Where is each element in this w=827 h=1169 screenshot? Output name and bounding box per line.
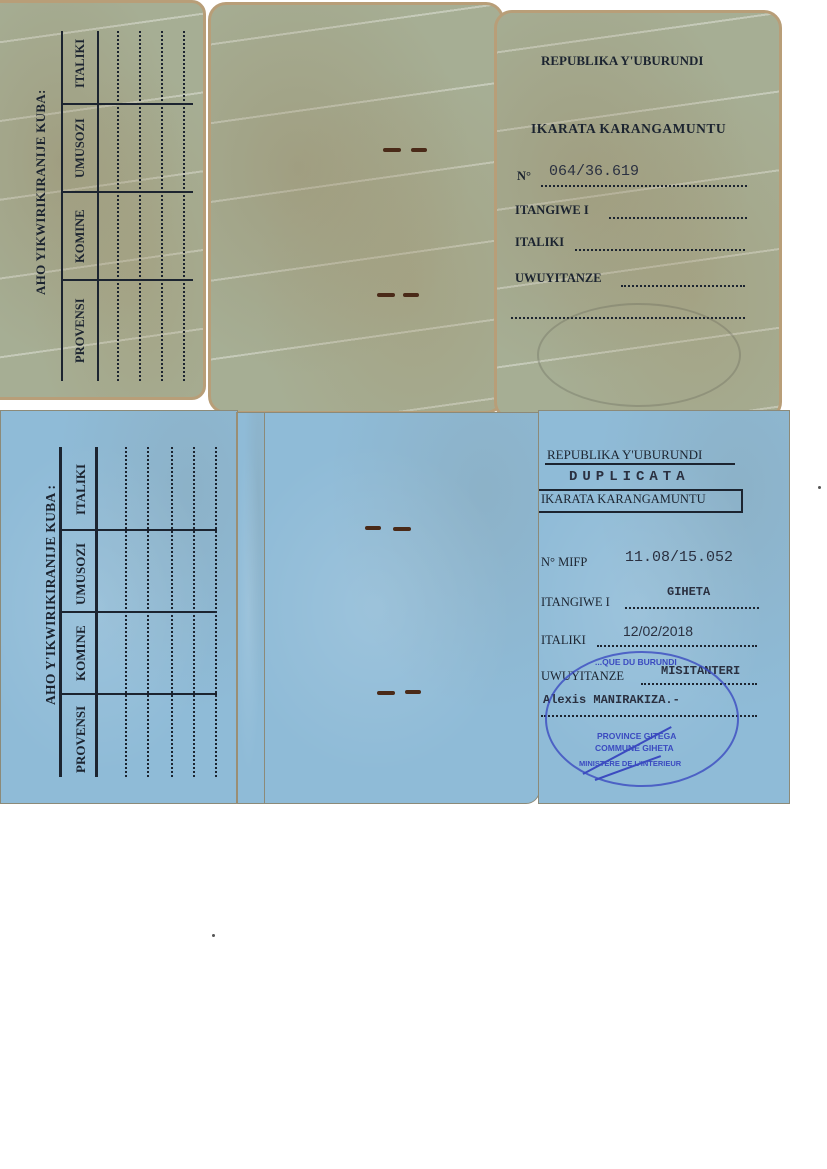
column-divider: [63, 191, 193, 193]
original-back-page: AHO YIKWIRIKIRANIJE KUBA: PROVENSI KOMIN…: [0, 0, 206, 400]
card-title: IKARATA KARANGAMUNTU: [541, 492, 706, 507]
dotted-row: [125, 447, 127, 777]
column-komine: KOMINE: [73, 210, 88, 263]
scan-speck: [818, 486, 821, 489]
card-number: 11.08/15.052: [625, 549, 733, 566]
republic-title: REPUBLIKA Y'UBURUNDI: [547, 447, 702, 463]
dotted-row: [147, 447, 149, 777]
original-inner-page: [208, 2, 504, 414]
issued-at-label: ITANGIWE I: [515, 203, 589, 218]
stamp-top-text: ...QUE DU BURUNDI: [595, 657, 677, 667]
staple: [377, 691, 395, 695]
dotted-row: [215, 447, 217, 777]
column-provensi: PROVENSI: [73, 706, 89, 773]
date-label: ITALIKI: [541, 633, 586, 648]
dotted-row: [193, 447, 195, 777]
issuer-label: UWUYITANZE: [515, 271, 602, 286]
column-italiki: ITALIKI: [73, 39, 88, 88]
scan-speck: [212, 934, 215, 937]
dotted-row: [161, 31, 163, 381]
duplicate-back-title: AHO Y'IKWIRIKIRANIJE KUBA :: [43, 485, 59, 705]
dotted-row: [183, 31, 185, 381]
card-title: IKARATA KARANGAMUNTU: [531, 121, 726, 137]
stamp-province: PROVINCE GITEGA: [597, 731, 676, 741]
duplicate-spine: [236, 412, 266, 804]
date-label: ITALIKI: [515, 235, 564, 250]
duplicate-label: DUPLICATA: [569, 469, 690, 485]
republic-title: REPUBLIKA Y'UBURUNDI: [541, 53, 703, 69]
table-border: [97, 31, 99, 381]
column-divider: [63, 279, 193, 281]
issuer-line: [621, 285, 745, 287]
column-umusozi: UMUSOZI: [73, 543, 89, 605]
staple: [365, 526, 381, 530]
staple: [393, 527, 411, 531]
staple: [405, 690, 421, 694]
duplicate-back-page: AHO Y'IKWIRIKIRANIJE KUBA : PROVENSI KOM…: [0, 410, 238, 804]
column-italiki: ITALIKI: [73, 464, 89, 515]
republic-underline: [545, 463, 735, 465]
number-field-line: [541, 185, 747, 187]
issued-at-line: [625, 607, 759, 609]
column-provensi: PROVENSI: [73, 298, 88, 363]
card-number: 064/36.619: [549, 163, 639, 180]
duplicate-front-page: REPUBLIKA Y'UBURUNDI DUPLICATA IKARATA K…: [538, 410, 790, 804]
duplicate-inner-page: [264, 412, 540, 804]
staple: [403, 293, 419, 297]
dotted-row: [171, 447, 173, 777]
dotted-row: [139, 31, 141, 381]
date-line: [597, 645, 757, 647]
column-divider: [63, 103, 193, 105]
number-label: N°: [517, 169, 531, 184]
column-komine: KOMINE: [73, 625, 89, 681]
original-back-title: AHO YIKWIRIKIRANIJE KUBA:: [33, 89, 49, 295]
date-line: [575, 249, 745, 251]
original-front-page: REPUBLIKA Y'UBURUNDI IKARATA KARANGAMUNT…: [494, 10, 782, 420]
staple: [377, 293, 395, 297]
dotted-row: [117, 31, 119, 381]
number-label: N° MIFP: [541, 555, 587, 570]
staple: [383, 148, 401, 152]
issued-at-line: [609, 217, 747, 219]
table-border: [61, 31, 63, 381]
issued-at-value: GIHETA: [667, 585, 710, 599]
faded-stamp: [537, 303, 741, 407]
issued-at-label: ITANGIWE I: [541, 595, 610, 610]
date-value: 12/02/2018: [623, 623, 693, 639]
staple: [411, 148, 427, 152]
column-umusozi: UMUSOZI: [73, 118, 88, 178]
